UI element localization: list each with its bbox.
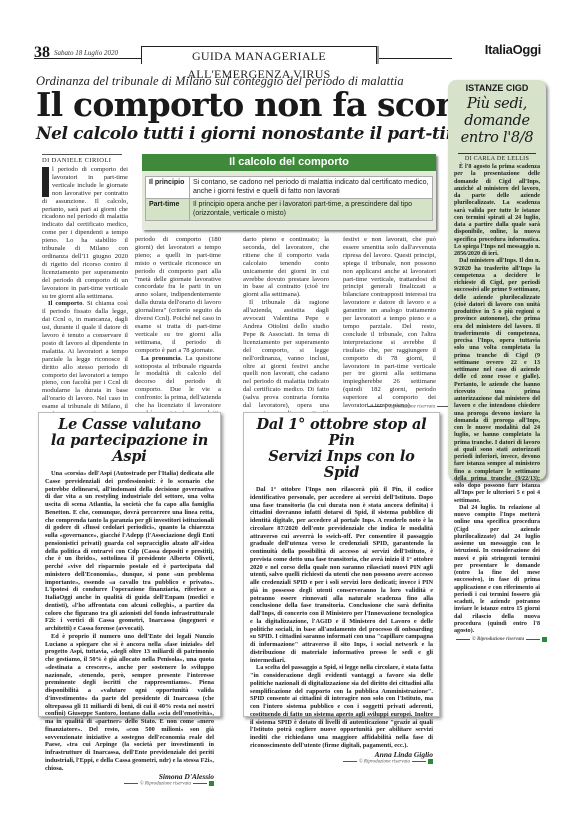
sidebar-byline: di Carla De Lellis (458, 153, 536, 162)
casse-author: Simona D'Alessio (45, 772, 214, 781)
brand-logo: ItaliaOggi (433, 42, 541, 57)
calc-infobox: Il calcolo del comporto Il principio Si … (142, 154, 436, 230)
copyright-note: © Riproduzione riservata (45, 781, 214, 787)
sidebar-body: È l'8 agosto la prima scadenza per la pr… (454, 164, 540, 644)
pin-body: Dal 1° ottobre l'Inps non rilascerà più … (250, 486, 433, 750)
section-label: GUIDA MANAGERIALE ALL'EMERGENZA VIRUS (141, 46, 377, 64)
article-column-3: dario pieno e continuato; la seconda, de… (243, 236, 329, 434)
article-byline: di Daniele Cirioli (42, 154, 122, 164)
copyright-note: © Riproduzione riservata (366, 404, 458, 410)
infobox-title: Il calcolo del comporto (142, 154, 436, 171)
article-column-4: festivi e non lavorati, che può essere s… (343, 236, 436, 410)
article-subhead: Nel calcolo tutti i giorni nonostante il… (36, 124, 446, 144)
row-label: Part-time (146, 199, 190, 221)
row-text: Il principio opera anche per i lavorator… (190, 199, 433, 221)
article-column-2: periodo di comporto (180 giorni) dei lav… (135, 236, 221, 426)
article-column-1: l periodo di comporto dei lavoratori in … (42, 166, 128, 427)
table-row: Il principio Si contano, se cadono nel p… (146, 177, 433, 199)
pin-article-box: Dal 1° ottobre stop al Pin Servizi Inps … (243, 412, 440, 717)
end-square-icon (428, 759, 433, 764)
infobox-table: Il principio Si contano, se cadono nel p… (145, 176, 433, 221)
sidebar-title: Più sedi, domande entro l'8/8 (448, 96, 546, 147)
copyright-note: © Riproduzione riservata (454, 636, 540, 643)
casse-body: Una «corsia» dell'Aspi (Autostrade per l… (45, 470, 214, 772)
row-label: Il principio (146, 177, 190, 199)
drop-cap (42, 167, 49, 197)
sidebar-article: ISTANZE CIGD Più sedi, domande entro l'8… (448, 80, 546, 480)
table-row: Part-time Il principio opera anche per i… (146, 199, 433, 221)
page-number: 38 (34, 44, 50, 62)
sidebar-kicker: ISTANZE CIGD (448, 83, 546, 93)
casse-article-box: Le Casse valutano la partecipazione in A… (38, 412, 221, 717)
article-headline: Il comporto non fa sconti (36, 86, 436, 124)
pin-author: Anna Linda Giglio (250, 750, 433, 759)
pin-title-line2: Servizi Inps con lo Spid (250, 449, 433, 481)
casse-title-line1: Le Casse valutano (45, 417, 214, 433)
page-date: Sabato 18 Luglio 2020 (54, 49, 118, 57)
casse-title-line2: la partecipazione in Aspi (45, 433, 214, 465)
row-text: Si contano, se cadono nel periodo di mal… (190, 177, 433, 199)
end-square-icon (542, 637, 547, 642)
page-header: 38 Sabato 18 Luglio 2020 GUIDA MANAGERIA… (0, 42, 580, 66)
pin-title-line1: Dal 1° ottobre stop al Pin (250, 417, 433, 449)
end-square-icon (209, 781, 214, 786)
copyright-note: © Riproduzione riservata (250, 759, 433, 765)
